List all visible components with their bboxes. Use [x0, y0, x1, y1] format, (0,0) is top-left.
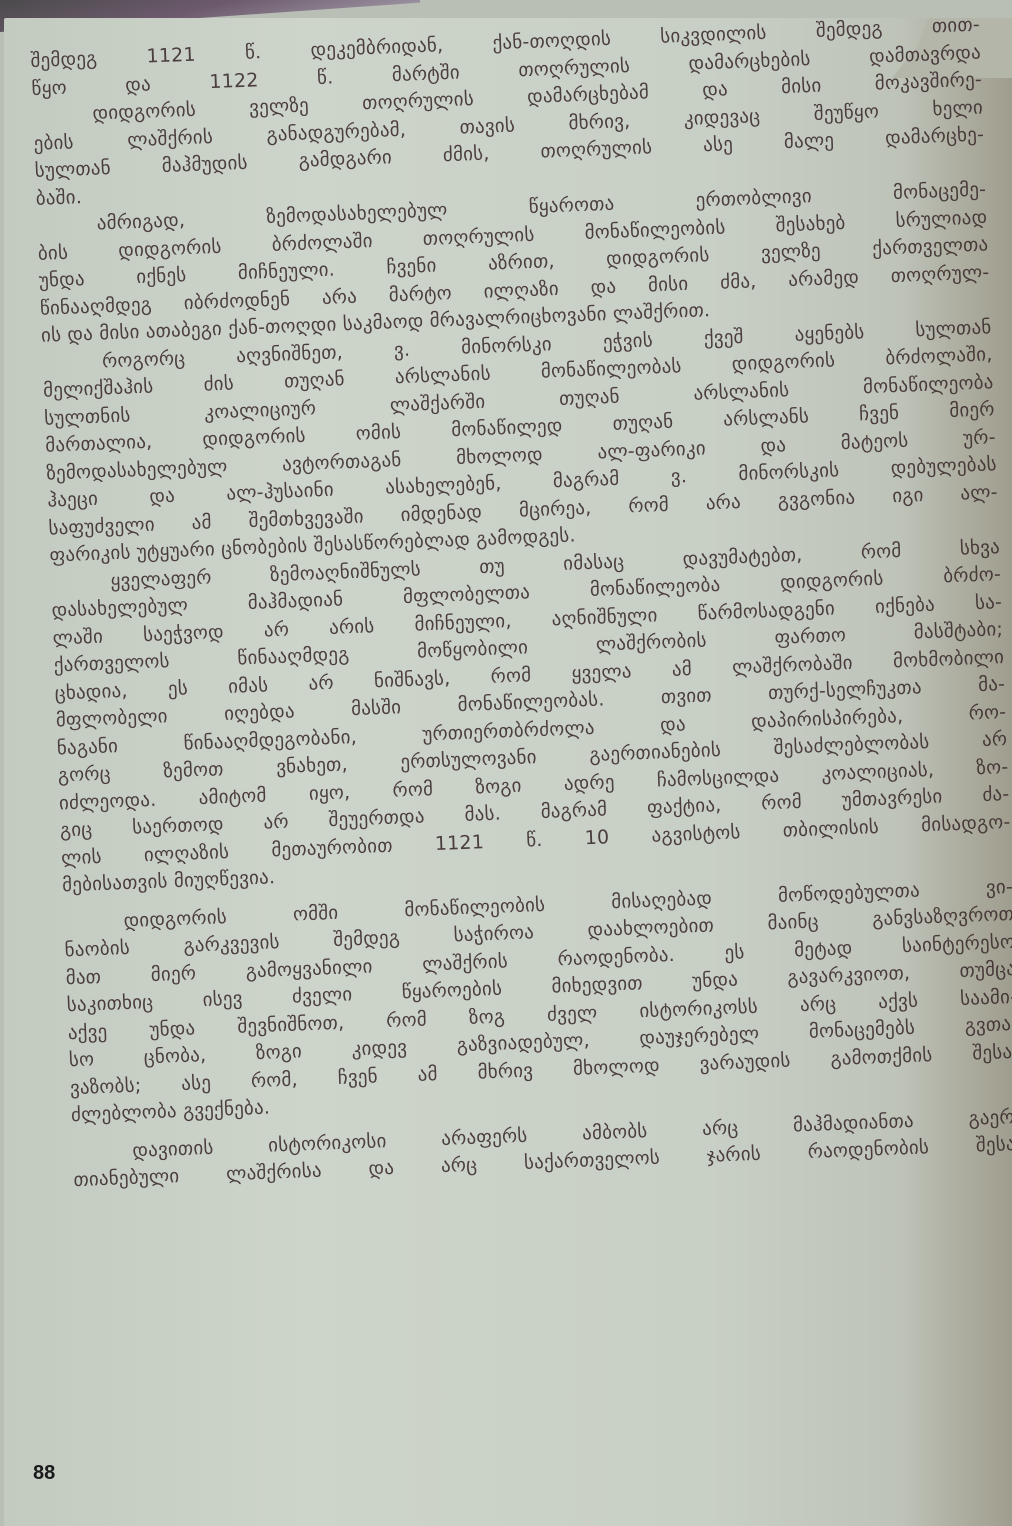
- book-page: შემდეგ 1121 წ. დეკემბრიდან, ქან-თოღდის ს…: [4, 18, 1012, 1526]
- page-body-text: შემდეგ 1121 წ. დეკემბრიდან, ქან-თოღდის ს…: [30, 12, 1012, 1195]
- page-number: 88: [33, 1462, 55, 1485]
- paragraph-5: დიდგორის ომში მონაწილეობის მისაღებად მოწ…: [63, 873, 1012, 1129]
- paragraph-3: როგორც აღვნიშნეთ, ვ. მინორსკი ეჭვის ქვეშ…: [42, 314, 1000, 570]
- paragraph-4: ყველაფერ ზემოაღნიშნულს თუ იმასაც დავუმატ…: [50, 534, 1012, 900]
